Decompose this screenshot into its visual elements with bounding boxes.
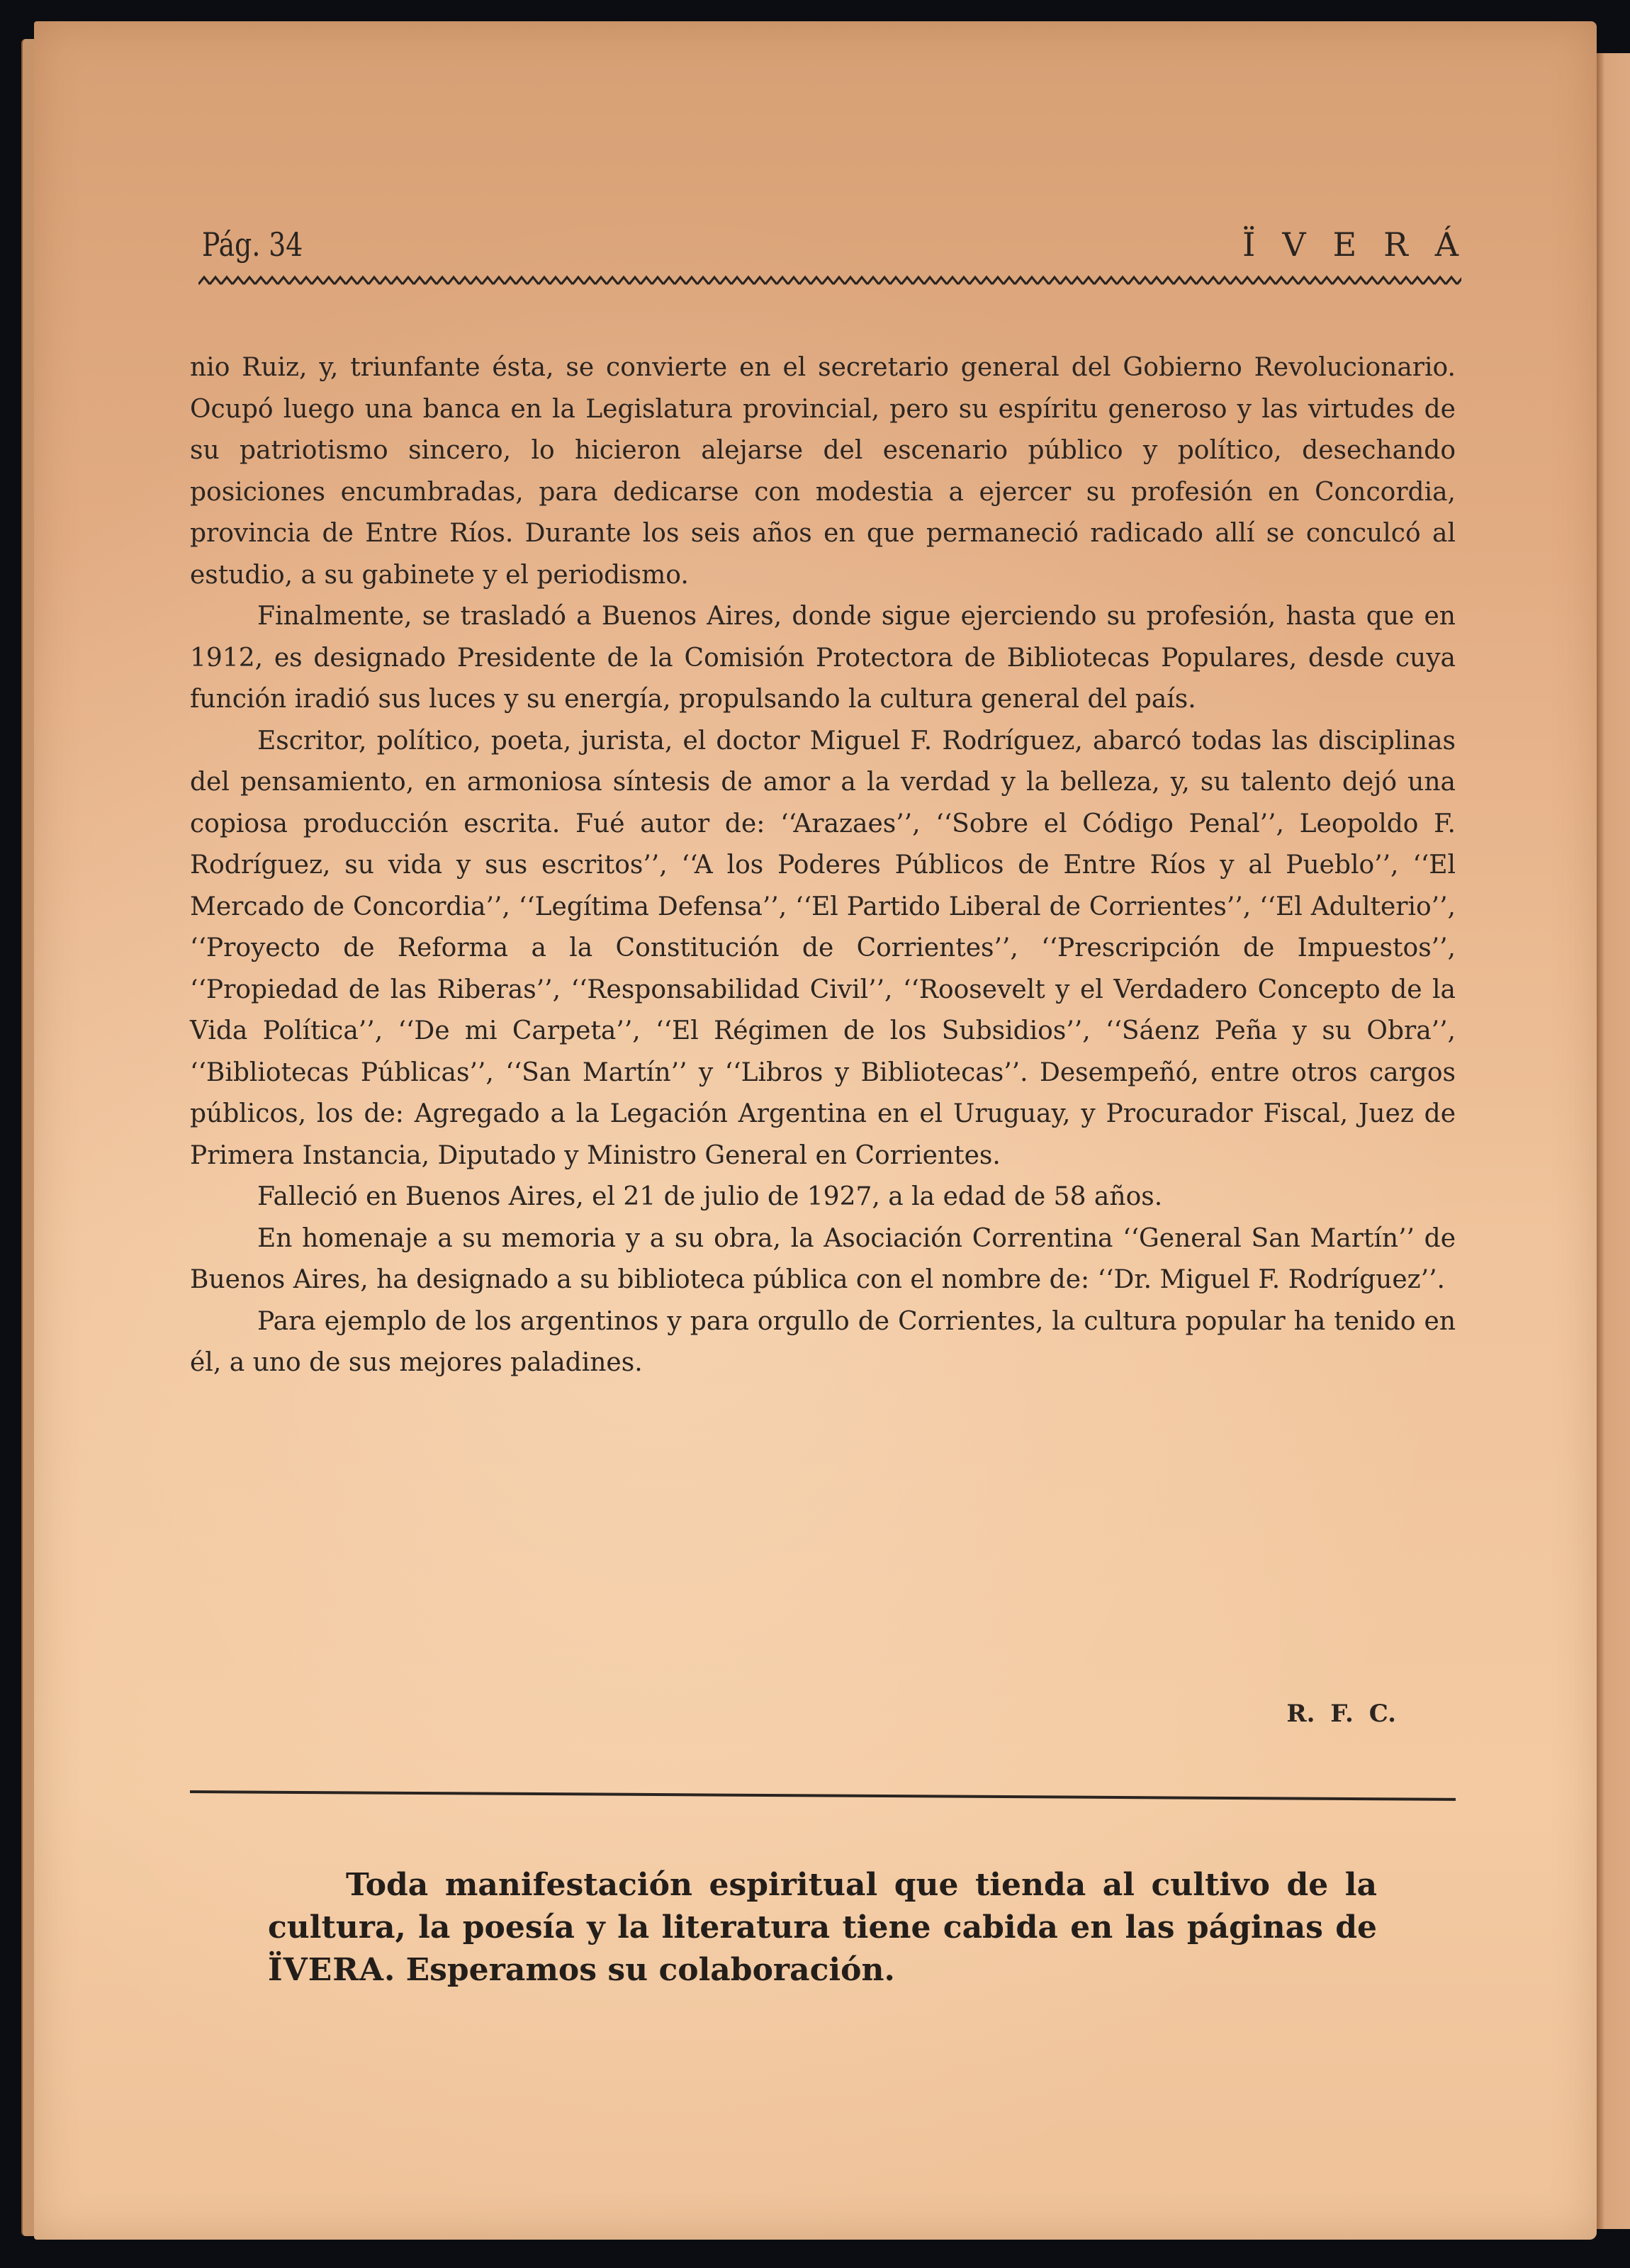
page-number: Pág. 34 [202,225,303,264]
article-paragraph: Falleció en Buenos Aires, el 21 de julio… [190,1177,1456,1218]
magazine-title: ÏVERÁ [1242,225,1485,264]
author-signature: R. F. C. [1286,1700,1396,1728]
collaboration-notice: Toda manifestación espiritual que tienda… [268,1864,1377,1992]
next-page-edge [1597,53,1630,2229]
notice-text-end: . Esperamos su colaboración. [384,1952,895,1988]
article-paragraph: Escritor, político, poeta, jurista, el d… [190,721,1456,1177]
article-paragraph: En homenaje a su memoria y a su obra, la… [190,1218,1456,1301]
scanned-page-photo: Pág. 34 ÏVERÁ nio Ruiz, y, triunfante és… [0,0,1630,2268]
article-paragraph: Para ejemplo de los argentinos y para or… [190,1301,1456,1384]
notice-brand: ÏVERA [268,1952,384,1988]
notice-text: Toda manifestación espiritual que tienda… [268,1867,1377,1946]
article-paragraph: Finalmente, se trasladó a Buenos Aires, … [190,596,1456,721]
article-paragraph: nio Ruiz, y, triunfante ésta, se convier… [190,347,1456,596]
article-body: nio Ruiz, y, triunfante ésta, se convier… [190,347,1456,1384]
zigzag-rule [198,275,1461,286]
